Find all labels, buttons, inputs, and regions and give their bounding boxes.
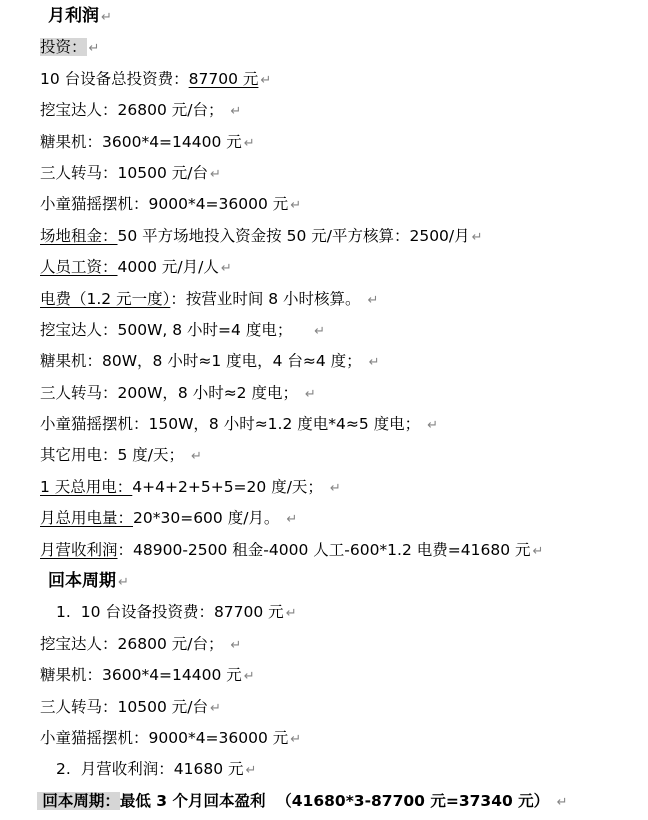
text-segment: 糖果机：3600*4=14400 元 bbox=[40, 133, 242, 151]
pilcrow-mark: ↵ bbox=[189, 449, 202, 464]
body-line: 挖宝达人：500W, 8 小时=4 度电； ↵ bbox=[0, 315, 648, 346]
text-segment: 小童猫摇摆机：9000*4=36000 元 bbox=[40, 729, 288, 747]
text-segment: 糖果机：3600*4=14400 元 bbox=[40, 666, 242, 684]
text-segment: 三人转马：10500 元/台 bbox=[40, 164, 208, 182]
text-segment: 挖宝达人：500W, 8 小时=4 度电； bbox=[40, 321, 292, 339]
numbered-line: 2.月营收利润：41680 元↵ bbox=[0, 754, 648, 785]
text-segment: 10 台设备投资费：87700 元 bbox=[81, 603, 284, 621]
text-segment: 回本周期： bbox=[37, 792, 120, 810]
pilcrow-mark: ↵ bbox=[288, 198, 301, 213]
word-document-page[interactable]: 月利润↵投资：↵10 台设备总投资费：87700 元↵挖宝达人：26800 元/… bbox=[0, 0, 648, 820]
text-segment: 投资： bbox=[40, 38, 87, 56]
text-segment: 三人转马：200W，8 小时≈2 度电； bbox=[40, 384, 298, 402]
text-segment: 小童猫摇摆机：150W，8 小时≈1.2 度电*4≈5 度电； bbox=[40, 415, 420, 433]
body-line: 糖果机：3600*4=14400 元↵ bbox=[0, 127, 648, 158]
body-line: 月总用电量：20*30=600 度/月。 ↵ bbox=[0, 503, 648, 534]
body-line: 挖宝达人：26800 元/台； ↵ bbox=[0, 95, 648, 126]
text-segment: 挖宝达人：26800 元/台； bbox=[40, 635, 223, 653]
body-line: 糖果机：3600*4=14400 元↵ bbox=[0, 660, 648, 691]
body-line: 其它用电：5 度/天； ↵ bbox=[0, 440, 648, 471]
text-segment: 场地租金： bbox=[40, 227, 118, 245]
text-segment: ：48900-2500 租金-4000 人工-600*1.2 电费=41680 … bbox=[118, 541, 531, 559]
text-segment: 月营收利润 bbox=[40, 541, 118, 559]
pilcrow-mark: ↵ bbox=[367, 355, 380, 370]
body-line: 10 台设备总投资费：87700 元↵ bbox=[0, 64, 648, 95]
final-line: 回本周期：最低 3 个月回本盈利 （41680*3-87700 元=37340 … bbox=[0, 786, 648, 817]
pilcrow-mark: ↵ bbox=[555, 795, 568, 810]
pilcrow-mark: ↵ bbox=[312, 324, 325, 339]
text-segment: 10 台设备总投资费： bbox=[40, 70, 189, 88]
body-line: 1 天总用电：4+4+2+5+5=20 度/天； ↵ bbox=[0, 472, 648, 503]
text-segment: 小童猫摇摆机：9000*4=36000 元 bbox=[40, 195, 288, 213]
pilcrow-mark: ↵ bbox=[530, 544, 543, 559]
text-segment: 4+4+2+5+5=20 度/天； bbox=[132, 478, 323, 496]
body-line: 电费（1.2 元一度）：按营业时间 8 小时核算。 ↵ bbox=[0, 284, 648, 315]
pilcrow-mark: ↵ bbox=[303, 387, 316, 402]
body-line: 三人转马：10500 元/台↵ bbox=[0, 692, 648, 723]
text-segment: 电费（1.2 元一度） bbox=[40, 290, 170, 308]
pilcrow-mark: ↵ bbox=[219, 261, 232, 276]
body-line: 三人转马：200W，8 小时≈2 度电； ↵ bbox=[0, 378, 648, 409]
body-line: 三人转马：10500 元/台↵ bbox=[0, 158, 648, 189]
pilcrow-mark: ↵ bbox=[288, 732, 301, 747]
pilcrow-mark: ↵ bbox=[99, 10, 112, 25]
text-segment: 最低 3 个月回本盈利 （41680*3-87700 元=37340 元） bbox=[120, 792, 549, 810]
list-number: 2. bbox=[56, 754, 71, 785]
text-segment: 挖宝达人：26800 元/台； bbox=[40, 101, 223, 119]
pilcrow-mark: ↵ bbox=[425, 418, 438, 433]
pilcrow-mark: ↵ bbox=[228, 104, 241, 119]
pilcrow-mark: ↵ bbox=[208, 167, 221, 182]
body-line: 小童猫摇摆机：9000*4=36000 元↵ bbox=[0, 189, 648, 220]
body-line: 糖果机：80W，8 小时≈1 度电，4 台≈4 度； ↵ bbox=[0, 346, 648, 377]
pilcrow-mark: ↵ bbox=[87, 41, 100, 56]
heading-line: 月利润↵ bbox=[0, 1, 648, 32]
body-line: 人员工资：4000 元/月/人↵ bbox=[0, 252, 648, 283]
text-segment: 人员工资： bbox=[40, 258, 118, 276]
pilcrow-mark: ↵ bbox=[365, 293, 378, 308]
pilcrow-mark: ↵ bbox=[470, 230, 483, 245]
pilcrow-mark: ↵ bbox=[116, 575, 129, 590]
body-line: 挖宝达人：26800 元/台； ↵ bbox=[0, 629, 648, 660]
pilcrow-mark: ↵ bbox=[208, 701, 221, 716]
pilcrow-mark: ↵ bbox=[242, 669, 255, 684]
body-line: 月营收利润：48900-2500 租金-4000 人工-600*1.2 电费=4… bbox=[0, 535, 648, 566]
pilcrow-mark: ↵ bbox=[242, 136, 255, 151]
text-segment: 月营收利润：41680 元 bbox=[81, 760, 244, 778]
pilcrow-mark: ↵ bbox=[258, 73, 271, 88]
text-segment: 回本周期 bbox=[48, 571, 116, 591]
text-segment: 87700 元 bbox=[189, 70, 259, 88]
list-number: 1. bbox=[56, 597, 71, 628]
text-segment: 三人转马：10500 元/台 bbox=[40, 698, 208, 716]
pilcrow-mark: ↵ bbox=[244, 763, 257, 778]
body-line: 小童猫摇摆机：150W，8 小时≈1.2 度电*4≈5 度电； ↵ bbox=[0, 409, 648, 440]
numbered-line: 1.10 台设备投资费：87700 元↵ bbox=[0, 597, 648, 628]
text-segment: 糖果机：80W，8 小时≈1 度电，4 台≈4 度； bbox=[40, 352, 362, 370]
body-line: 场地租金：50 平方场地投入资金按 50 元/平方核算：2500/月↵ bbox=[0, 221, 648, 252]
body-line: 小童猫摇摆机：9000*4=36000 元↵ bbox=[0, 723, 648, 754]
document-lines: 月利润↵投资：↵10 台设备总投资费：87700 元↵挖宝达人：26800 元/… bbox=[0, 1, 648, 817]
text-segment: 其它用电：5 度/天； bbox=[40, 446, 184, 464]
pilcrow-mark: ↵ bbox=[228, 638, 241, 653]
text-segment: ：按营业时间 8 小时核算。 bbox=[170, 290, 360, 308]
pilcrow-mark: ↵ bbox=[284, 512, 297, 527]
heading-line: 回本周期↵ bbox=[0, 566, 648, 597]
pilcrow-mark: ↵ bbox=[328, 481, 341, 496]
pilcrow-mark: ↵ bbox=[284, 606, 297, 621]
text-segment: 50 平方场地投入资金按 50 元/平方核算：2500/月 bbox=[118, 227, 470, 245]
body-line: 投资：↵ bbox=[0, 32, 648, 63]
text-segment: 1 天总用电： bbox=[40, 478, 132, 496]
text-segment: 月总用电量： bbox=[40, 509, 133, 527]
text-segment: 月利润 bbox=[48, 6, 99, 26]
text-segment: 20*30=600 度/月。 bbox=[133, 509, 279, 527]
text-segment: 4000 元/月/人 bbox=[118, 258, 219, 276]
